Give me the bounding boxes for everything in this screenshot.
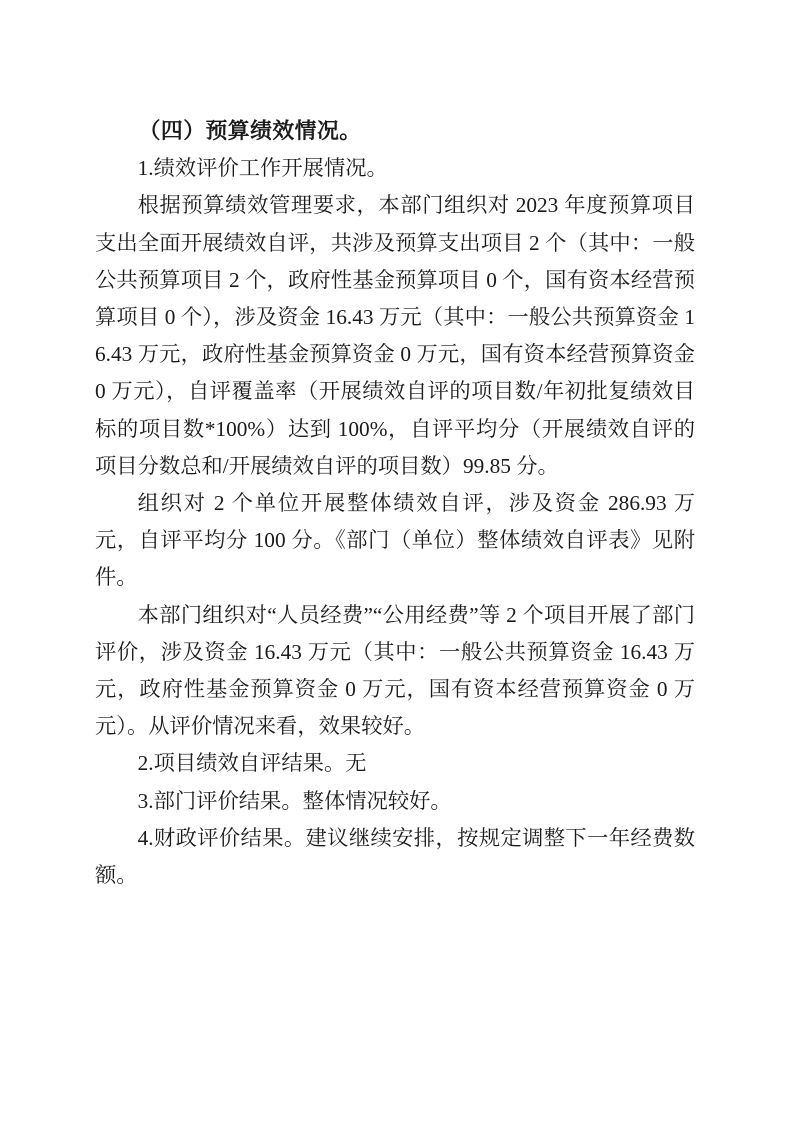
- paragraph-department-evaluation-result: 3.部门评价结果。整体情况较好。: [95, 783, 695, 820]
- paragraph-unit-overall-self-evaluation: 组织对 2 个单位开展整体绩效自评，涉及资金 286.93 万元，自评平均分 1…: [95, 485, 695, 597]
- paragraph-fiscal-evaluation-result: 4.财政评价结果。建议继续安排，按规定调整下一年经费数额。: [95, 820, 695, 894]
- document-body: （四）预算绩效情况。 1.绩效评价工作开展情况。 根据预算绩效管理要求，本部门组…: [95, 113, 695, 894]
- paragraph-performance-evaluation-intro: 1.绩效评价工作开展情况。: [95, 150, 695, 187]
- document-page: （四）预算绩效情况。 1.绩效评价工作开展情况。 根据预算绩效管理要求，本部门组…: [0, 0, 793, 1122]
- paragraph-department-evaluation: 本部门组织对“人员经费”“公用经费”等 2 个项目开展了部门评价，涉及资金 16…: [95, 597, 695, 746]
- section-heading: （四）预算绩效情况。: [95, 113, 695, 150]
- paragraph-project-self-evaluation-result: 2.项目绩效自评结果。无: [95, 745, 695, 782]
- paragraph-self-evaluation-details: 根据预算绩效管理要求，本部门组织对 2023 年度预算项目支出全面开展绩效自评，…: [95, 187, 695, 485]
